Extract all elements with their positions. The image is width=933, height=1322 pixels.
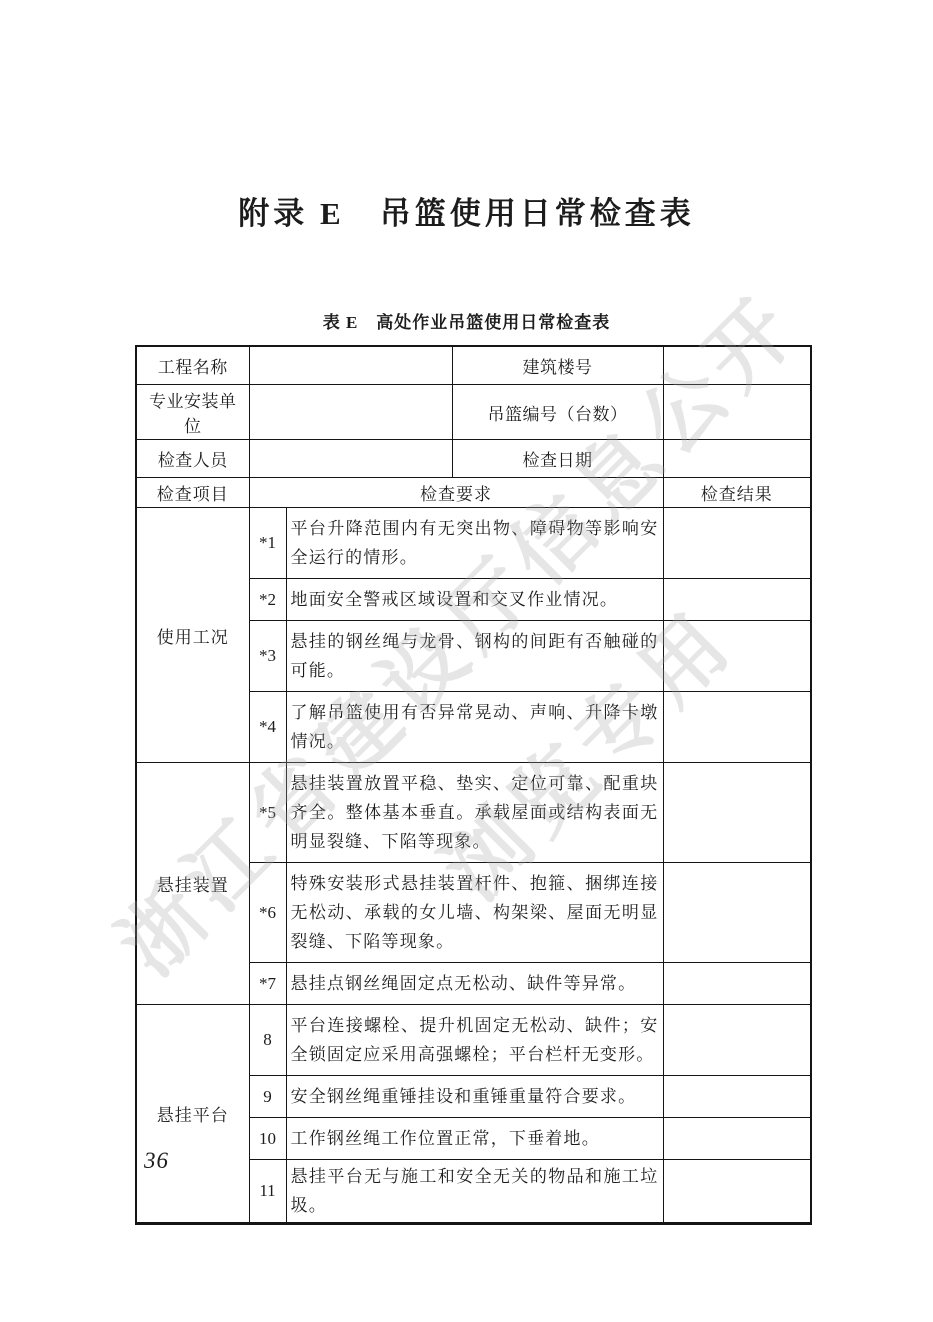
result-cell xyxy=(663,621,811,692)
info-label-installation-unit: 专业安装单位 xyxy=(136,385,249,440)
row-number: *4 xyxy=(249,692,286,763)
info-value-project-name xyxy=(249,346,452,385)
section-group-suspended-platform: 悬挂平台 xyxy=(136,1005,249,1224)
row-requirement: 工作钢丝绳工作位置正常，下垂着地。 xyxy=(286,1118,663,1160)
result-cell xyxy=(663,863,811,963)
header-check-item: 检查项目 xyxy=(136,478,249,508)
row-requirement: 悬挂装置放置平稳、垫实、定位可靠、配重块齐全。整体基本垂直。承载屋面或结构表面无… xyxy=(286,763,663,863)
info-label-gondola-number: 吊篮编号（台数） xyxy=(452,385,663,440)
table-row: 悬挂装置 *5 悬挂装置放置平稳、垫实、定位可靠、配重块齐全。整体基本垂直。承载… xyxy=(136,763,811,863)
page-title: 附录 E 吊篮使用日常检查表 xyxy=(0,188,933,233)
row-number: *3 xyxy=(249,621,286,692)
result-cell xyxy=(663,963,811,1005)
row-requirement: 悬挂的钢丝绳与龙骨、钢构的间距有否触碰的可能。 xyxy=(286,621,663,692)
info-row-inspector: 检查人员 检查日期 xyxy=(136,440,811,478)
result-cell xyxy=(663,508,811,579)
row-number: 8 xyxy=(249,1005,286,1076)
row-number: *5 xyxy=(249,763,286,863)
section-group-suspension-device: 悬挂装置 xyxy=(136,763,249,1005)
row-number: *7 xyxy=(249,963,286,1005)
info-label-project-name: 工程名称 xyxy=(136,346,249,385)
row-requirement: 安全钢丝绳重锤挂设和重锤重量符合要求。 xyxy=(286,1076,663,1118)
table-header-row: 检查项目 检查要求 检查结果 xyxy=(136,478,811,508)
row-requirement: 平台连接螺栓、提升机固定无松动、缺件；安全锁固定应采用高强螺栓；平台栏杆无变形。 xyxy=(286,1005,663,1076)
row-requirement: 了解吊篮使用有否异常晃动、声响、升降卡墩情况。 xyxy=(286,692,663,763)
info-row-project: 工程名称 建筑楼号 xyxy=(136,346,811,385)
info-value-gondola-number xyxy=(663,385,811,440)
result-cell xyxy=(663,763,811,863)
row-number: *1 xyxy=(249,508,286,579)
row-requirement: 悬挂平台无与施工和安全无关的物品和施工垃圾。 xyxy=(286,1160,663,1224)
table-caption: 表 E 高处作业吊篮使用日常检查表 xyxy=(0,308,933,333)
result-cell xyxy=(663,1118,811,1160)
inspection-table: 工程名称 建筑楼号 专业安装单位 吊篮编号（台数） 检查人员 检查日期 检查项目… xyxy=(135,345,812,1225)
result-cell xyxy=(663,692,811,763)
page-number: 36 xyxy=(144,1148,169,1174)
header-check-result: 检查结果 xyxy=(663,478,811,508)
info-label-building-number: 建筑楼号 xyxy=(452,346,663,385)
info-label-inspector: 检查人员 xyxy=(136,440,249,478)
row-number: 10 xyxy=(249,1118,286,1160)
info-value-installation-unit xyxy=(249,385,452,440)
info-label-inspection-date: 检查日期 xyxy=(452,440,663,478)
table-row: 悬挂平台 8 平台连接螺栓、提升机固定无松动、缺件；安全锁固定应采用高强螺栓；平… xyxy=(136,1005,811,1076)
table-row: 使用工况 *1 平台升降范围内有无突出物、障碍物等影响安全运行的情形。 xyxy=(136,508,811,579)
row-requirement: 悬挂点钢丝绳固定点无松动、缺件等异常。 xyxy=(286,963,663,1005)
row-number: *6 xyxy=(249,863,286,963)
section-group-usage-condition: 使用工况 xyxy=(136,508,249,763)
header-check-requirement: 检查要求 xyxy=(249,478,663,508)
info-row-installer: 专业安装单位 吊篮编号（台数） xyxy=(136,385,811,440)
result-cell xyxy=(663,1076,811,1118)
info-value-building-number xyxy=(663,346,811,385)
row-requirement: 特殊安装形式悬挂装置杆件、抱箍、捆绑连接无松动、承载的女儿墙、构架梁、屋面无明显… xyxy=(286,863,663,963)
row-number: 9 xyxy=(249,1076,286,1118)
row-requirement: 地面安全警戒区域设置和交叉作业情况。 xyxy=(286,579,663,621)
result-cell xyxy=(663,1160,811,1224)
row-number: *2 xyxy=(249,579,286,621)
result-cell xyxy=(663,1005,811,1076)
row-requirement: 平台升降范围内有无突出物、障碍物等影响安全运行的情形。 xyxy=(286,508,663,579)
row-number: 11 xyxy=(249,1160,286,1224)
info-value-inspector xyxy=(249,440,452,478)
result-cell xyxy=(663,579,811,621)
info-value-inspection-date xyxy=(663,440,811,478)
